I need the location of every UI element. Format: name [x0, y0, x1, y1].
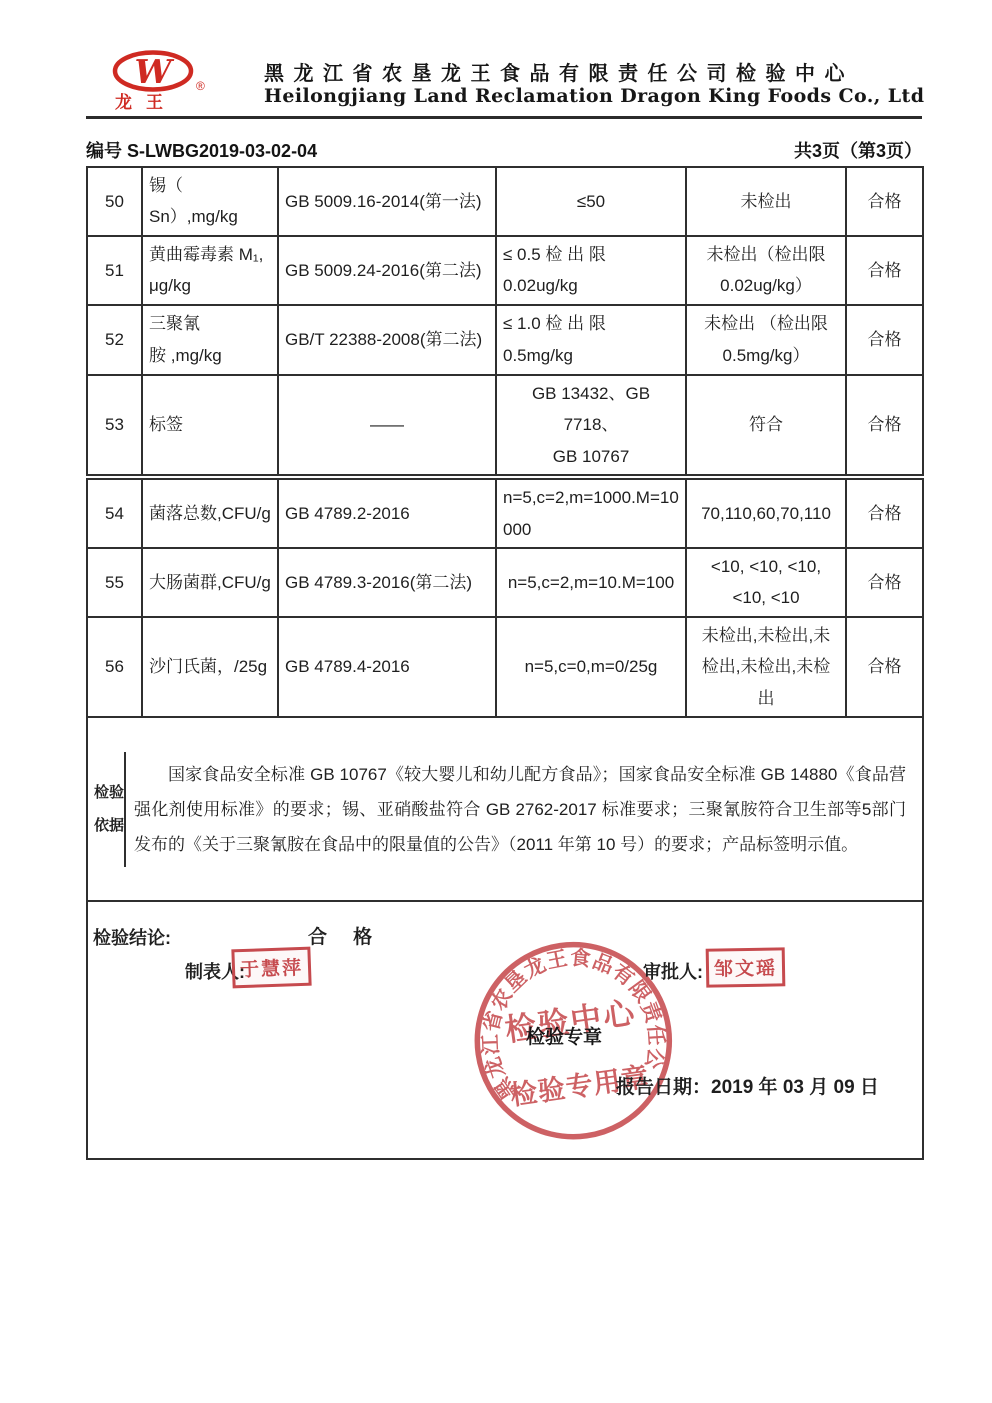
cell-no: 51	[87, 236, 142, 305]
table-row-55: 55 大肠菌群,CFU/g GB 4789.3-2016(第二法) n=5,c=…	[87, 548, 923, 617]
table-row-53: 53 标签 —— GB 13432、GB 7718、 GB 10767 符合 合…	[87, 375, 923, 477]
cell-requirement: n=5,c=2,m=1000.M=10 000	[496, 477, 686, 548]
cell-item: 三聚氰 胺 ,mg/kg	[142, 305, 278, 375]
cell-conclusion: 合格	[846, 305, 923, 375]
cell-conclusion: 合格	[846, 167, 923, 236]
cell-conclusion: 合格	[846, 548, 923, 617]
cell-conclusion: 合格	[846, 375, 923, 477]
table-row-51: 51 黄曲霉毒素 M₁, μg/kg GB 5009.24-2016(第二法) …	[87, 236, 923, 305]
cell-result: 未检出	[686, 167, 846, 236]
cell-requirement: ≤ 0.5 检 出 限 0.02ug/kg	[496, 236, 686, 305]
approver-label: 审批人:	[643, 958, 703, 984]
cell-method: GB/T 22388-2008(第二法)	[278, 305, 496, 375]
dragon-king-logo-icon: W 龙王 ®	[112, 50, 208, 112]
inspection-report-page: W 龙王 ® 黑龙江省农垦龙王食品有限责任公司检验中心 Heilongjiang…	[0, 0, 992, 1403]
report-number: 编号 S-LWBG2019-03-02-04	[86, 137, 317, 163]
cell-requirement: ≤50	[496, 167, 686, 236]
company-name-cn: 黑龙江省农垦龙王食品有限责任公司检验中心	[264, 57, 884, 86]
cell-no: 52	[87, 305, 142, 375]
cell-item: 锡（ Sn）,mg/kg	[142, 167, 278, 236]
cell-no: 54	[87, 477, 142, 548]
cell-requirement: ≤ 1.0 检 出 限 0.5mg/kg	[496, 305, 686, 375]
registered-trademark-icon: ®	[196, 79, 205, 93]
cell-result: <10, <10, <10, <10, <10	[686, 548, 846, 617]
preparer-name-stamp: 于慧萍	[231, 947, 311, 989]
basis-text: 国家食品安全标准 GB 10767《较大婴儿和幼儿配方食品》；国家食品安全标准 …	[126, 752, 916, 867]
stamp-overlay-text: 检验专章	[526, 1020, 602, 1055]
report-date: 报告日期：2019 年 03 月 09 日	[616, 1070, 879, 1105]
page-count: 共3页（第3页）	[794, 137, 922, 163]
table-row-56: 56 沙门氏菌，/25g GB 4789.4-2016 n=5,c=0,m=0/…	[87, 617, 923, 717]
approver-name-stamp: 邹文瑶	[706, 947, 786, 987]
basis-row: 检验 依据 国家食品安全标准 GB 10767《较大婴儿和幼儿配方食品》；国家食…	[87, 717, 923, 901]
report-meta-row: 编号 S-LWBG2019-03-02-04 共3页（第3页）	[86, 137, 922, 163]
results-table: 50 锡（ Sn）,mg/kg GB 5009.16-2014(第一法) ≤50…	[86, 166, 924, 1160]
cell-result: 符合	[686, 375, 846, 477]
cell-result: 未检出（检出限 0.02ug/kg）	[686, 236, 846, 305]
cell-requirement: GB 13432、GB 7718、 GB 10767	[496, 375, 686, 477]
cell-item: 菌落总数,CFU/g	[142, 477, 278, 548]
cell-item: 标签	[142, 375, 278, 477]
header-divider	[86, 116, 922, 119]
logo-mark: W	[134, 52, 174, 91]
table-row-50: 50 锡（ Sn）,mg/kg GB 5009.16-2014(第一法) ≤50…	[87, 167, 923, 236]
cell-requirement: n=5,c=0,m=0/25g	[496, 617, 686, 717]
cell-method: GB 4789.4-2016	[278, 617, 496, 717]
cell-result: 70,110,60,70,110	[686, 477, 846, 548]
cell-method: GB 4789.3-2016(第二法)	[278, 548, 496, 617]
table-row-54: 54 菌落总数,CFU/g GB 4789.2-2016 n=5,c=2,m=1…	[87, 477, 923, 548]
cell-result: 未检出,未检出,未 检出,未检出,未检 出	[686, 617, 846, 717]
cell-no: 55	[87, 548, 142, 617]
cell-method: ——	[278, 375, 496, 477]
table-row-52: 52 三聚氰 胺 ,mg/kg GB/T 22388-2008(第二法) ≤ 1…	[87, 305, 923, 375]
cell-result: 未检出 （检出限 0.5mg/kg）	[686, 305, 846, 375]
cell-conclusion: 合格	[846, 236, 923, 305]
cell-item: 沙门氏菌，/25g	[142, 617, 278, 717]
cell-method: GB 5009.24-2016(第二法)	[278, 236, 496, 305]
cell-requirement: n=5,c=2,m=10.M=100	[496, 548, 686, 617]
cell-conclusion: 合格	[846, 617, 923, 717]
conclusion-row: 检验结论: 合 格 黑龙江省农垦龙王食品有限责任公司 检验中心 检验专用章	[87, 901, 923, 1159]
cell-item: 黄曲霉毒素 M₁, μg/kg	[142, 236, 278, 305]
signature-row: 制表人: 于慧萍 审批人: 邹文瑶	[86, 945, 922, 1005]
cell-no: 50	[87, 167, 142, 236]
basis-label: 检验 依据	[94, 752, 126, 867]
cell-conclusion: 合格	[846, 477, 923, 548]
cell-item: 大肠菌群,CFU/g	[142, 548, 278, 617]
cell-method: GB 5009.16-2014(第一法)	[278, 167, 496, 236]
cell-no: 56	[87, 617, 142, 717]
company-name-en: Heilongjiang Land Reclamation Dragon Kin…	[264, 85, 884, 107]
cell-method: GB 4789.2-2016	[278, 477, 496, 548]
logo-text: 龙王	[115, 92, 177, 112]
cell-no: 53	[87, 375, 142, 477]
